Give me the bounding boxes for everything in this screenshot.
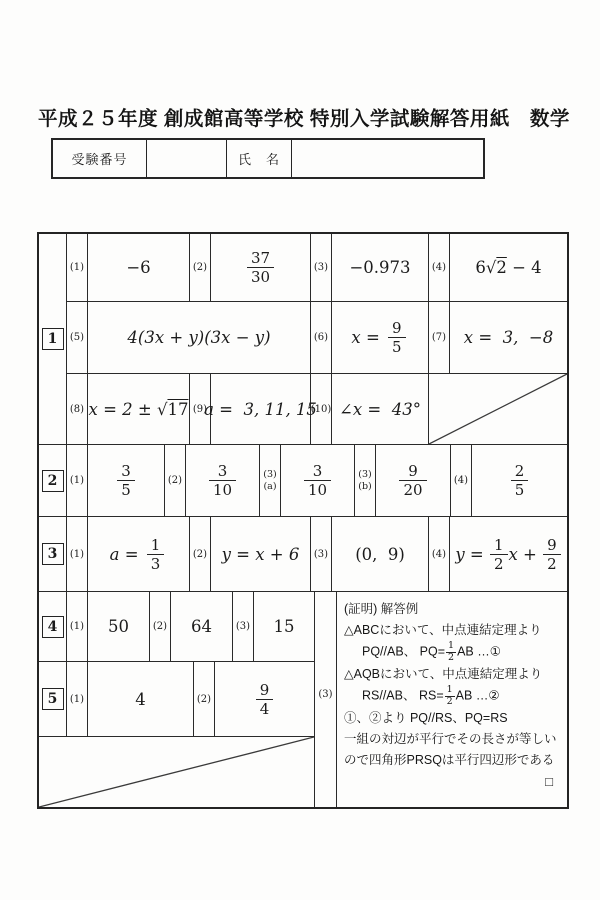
- question-label-1-10: (10): [311, 374, 332, 445]
- problem-5-number-cell: 5: [39, 662, 67, 737]
- problem-2-number-cell: 2: [39, 445, 67, 517]
- answer-cell-1-2: 3730: [211, 234, 311, 302]
- proof-heading: (証明) 解答例: [344, 599, 418, 620]
- radical-sign: √: [157, 400, 168, 419]
- name-field: [292, 140, 487, 177]
- answer-cell-3-2: y = x + 6: [211, 517, 311, 592]
- question-label-1-1: (1): [67, 234, 88, 302]
- question-label-1-4: (4): [429, 234, 450, 302]
- question-label-3-2: (2): [190, 517, 211, 592]
- question-label-4-1: (1): [67, 592, 88, 662]
- proof-line: RS//AB、 RS=12AB …②: [344, 685, 500, 708]
- proof-line: △ABCにおいて、中点連結定理より: [344, 620, 542, 641]
- proof-line: ①、②より PQ//RS、PQ=RS: [344, 708, 508, 729]
- question-label-1-7: (7): [429, 302, 450, 374]
- answer-cell-2-2: 310: [186, 445, 260, 517]
- diagonal-line: [39, 737, 314, 807]
- question-label-4-2: (2): [150, 592, 171, 662]
- answer-cell-5-2: 94: [215, 662, 315, 737]
- answer-cell-4-1: 50: [88, 592, 150, 662]
- question-label-2-1: (1): [67, 445, 88, 517]
- proof-line: PQ//AB、 PQ=12AB …①: [344, 641, 501, 664]
- proof-line: ので四角形PRSQは平行四辺形である: [344, 750, 554, 771]
- question-label-3-4: (4): [429, 517, 450, 592]
- problem-number: 1: [42, 328, 64, 350]
- question-label-1-6: (6): [311, 302, 332, 374]
- answer-cell-2-3a: 310: [281, 445, 355, 517]
- answer-cell-1-5: 4(3x + y)(3x − y): [88, 302, 311, 374]
- problem-number: 3: [42, 543, 64, 565]
- answer-cell-1-7: x = 3, −8: [450, 302, 567, 374]
- question-label-5-3: (3): [315, 592, 337, 807]
- question-label-5-2: (2): [194, 662, 215, 737]
- proof-cell: (証明) 解答例 △ABCにおいて、中点連結定理より PQ//AB、 PQ=12…: [337, 592, 567, 807]
- problem-1-number-cell: 1: [39, 234, 67, 445]
- answer-cell-3-3: (0, 9): [332, 517, 429, 592]
- answer-cell-5-1: 4: [88, 662, 194, 737]
- problem-3-number-cell: 3: [39, 517, 67, 592]
- problem-number: 2: [42, 470, 64, 492]
- answer-cell-1-1: −6: [88, 234, 190, 302]
- answer-cell-1-9: a = 3, 11, 15: [211, 374, 311, 445]
- empty-diagonal-cell-bottom: [39, 737, 315, 807]
- proof-line: 一組の対辺が平行でその長さが等しい: [344, 729, 557, 750]
- problem-number: 4: [42, 616, 64, 638]
- exam-number-label: 受験番号: [53, 140, 147, 177]
- answer-table: 1 (1) −6 (2) 3730 (3) −0.973 (4) 6√2 − 4…: [37, 232, 569, 809]
- answer-sheet: 平成２５年度 創成館高等学校 特別入学試験解答用紙 数学 受験番号 氏 名 1 …: [0, 0, 600, 900]
- answer-cell-1-6: x = 95: [332, 302, 429, 374]
- problem-number: 5: [42, 688, 64, 710]
- diagonal-line: [429, 374, 567, 444]
- proof-line: △AQBにおいて、中点連結定理より: [344, 664, 542, 685]
- question-label-2-2: (2): [165, 445, 186, 517]
- question-label-1-2: (2): [190, 234, 211, 302]
- question-label-2-3b: (3)(b): [355, 445, 376, 517]
- answer-cell-2-3b: 920: [376, 445, 451, 517]
- question-label-2-3a: (3)(a): [260, 445, 281, 517]
- qed-square: □: [545, 771, 561, 792]
- question-label-3-3: (3): [311, 517, 332, 592]
- answer-cell-2-1: 35: [88, 445, 165, 517]
- radical-sign: √: [486, 258, 497, 277]
- answer-cell-1-10: ∠x = 43°: [332, 374, 429, 445]
- question-label-3-1: (1): [67, 517, 88, 592]
- answer-cell-4-2: 64: [171, 592, 233, 662]
- question-label-5-1: (1): [67, 662, 88, 737]
- question-label-1-3: (3): [311, 234, 332, 302]
- sheet-title: 平成２５年度 創成館高等学校 特別入学試験解答用紙 数学: [38, 103, 570, 131]
- answer-cell-3-1: a = 13: [88, 517, 190, 592]
- answer-cell-2-4: 25: [472, 445, 567, 517]
- question-label-4-3: (3): [233, 592, 254, 662]
- question-label-1-8: (8): [67, 374, 88, 445]
- answer-cell-1-4: 6√2 − 4: [450, 234, 567, 302]
- name-label: 氏 名: [227, 140, 292, 177]
- answer-cell-4-3: 15: [254, 592, 315, 662]
- question-label-2-4: (4): [451, 445, 472, 517]
- answer-cell-1-3: −0.973: [332, 234, 429, 302]
- answer-cell-3-4: y = 12x + 92: [450, 517, 567, 592]
- candidate-info-box: 受験番号 氏 名: [51, 138, 485, 179]
- question-label-1-5: (5): [67, 302, 88, 374]
- empty-diagonal-cell: [429, 374, 567, 445]
- problem-4-number-cell: 4: [39, 592, 67, 662]
- answer-cell-1-8: x = 2 ± √17: [88, 374, 190, 445]
- exam-number-field: [147, 140, 227, 177]
